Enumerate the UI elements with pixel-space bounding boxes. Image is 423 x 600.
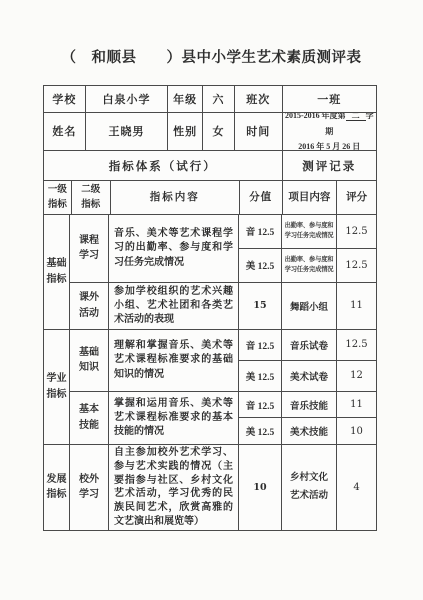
subgroup-course-learning: 课程学习 音乐、美术等艺术课程学习的出勤率、参与度和学习任务完成情况 音 12.… xyxy=(70,215,376,283)
level2-course: 课程学习 xyxy=(70,215,109,282)
project-music-exam: 音乐试卷 xyxy=(282,330,337,360)
col-project: 项目内容 xyxy=(283,181,338,214)
content-knowledge: 理解和掌握音乐、美术等艺术课程标准要求的基础知识的情况 xyxy=(109,330,239,391)
table-row: 音 12.5 音乐试卷 12.5 xyxy=(239,330,376,361)
term-number: 二 xyxy=(346,113,366,122)
col-points: 分值 xyxy=(240,181,283,214)
points-offcampus: 10 xyxy=(239,445,282,530)
table-row: 10 乡村文化艺术活动 4 xyxy=(239,445,376,530)
col-level1: 一级指标 xyxy=(44,181,72,214)
points-knowledge-music: 音 12.5 xyxy=(239,330,282,360)
score-course-music: 12.5 xyxy=(337,215,376,248)
column-header-row: 一级指标 二级指标 指标内容 分值 项目内容 评分 xyxy=(44,181,376,215)
table-row: 15 舞蹈小组 11 xyxy=(239,283,376,329)
project-rural-culture: 乡村文化艺术活动 xyxy=(282,445,337,530)
subgroup-basic-knowledge: 基础知识 理解和掌握音乐、美术等艺术课程标准要求的基础知识的情况 音 12.5 … xyxy=(70,330,376,392)
level2-skills: 基本技能 xyxy=(70,392,109,444)
level2-offcampus: 校外学习 xyxy=(70,445,109,530)
points-skills-art: 美 12.5 xyxy=(239,418,282,444)
time-label: 时间 xyxy=(235,113,283,150)
subgroup-offcampus-learning: 校外学习 自主参加校外艺术学习、参与艺术实践的情况（主要指参与社区、乡村文化艺术… xyxy=(70,445,376,530)
points-extracurricular: 15 xyxy=(239,283,282,329)
level2-extracurricular: 课外活动 xyxy=(70,283,109,329)
score-music-exam: 12.5 xyxy=(337,330,376,360)
score-music-skill: 11 xyxy=(337,392,376,418)
term-prefix: 2015-2016 年度第 xyxy=(285,113,346,121)
system-header: 指标体系（试行） xyxy=(44,151,283,181)
points-art: 美 12.5 xyxy=(239,249,282,282)
school-value: 白泉小学 xyxy=(86,86,169,112)
group-basic-indicators: 基础指标 课程学习 音乐、美术等艺术课程学习的出勤率、参与度和学习任务完成情况 … xyxy=(44,215,376,330)
points-music: 音 12.5 xyxy=(239,215,282,248)
table-row: 美 12.5 出勤率、参与度和学习任务完成情况 12.5 xyxy=(239,249,376,282)
content-extracurricular: 参加学校组织的艺术兴趣小组、艺术社团和各类艺术活动的表现 xyxy=(109,283,239,329)
level1-academic: 学业指标 xyxy=(44,330,70,444)
points-skills-music: 音 12.5 xyxy=(239,392,282,418)
name-label: 姓名 xyxy=(44,113,86,150)
project-art-exam: 美术试卷 xyxy=(282,361,337,391)
project-course-art: 出勤率、参与度和学习任务完成情况 xyxy=(282,249,337,282)
score-offcampus: 4 xyxy=(337,445,376,530)
info-row-name: 姓名 王晓男 性别 女 时间 2015-2016 年度第二学期 2016 年 5… xyxy=(44,113,376,151)
name-value: 王晓男 xyxy=(86,113,169,150)
content-offcampus: 自主参加校外艺术学习、参与艺术实践的情况（主要指参与社区、乡村文化艺术活动，学习… xyxy=(109,445,239,530)
time-value: 2015-2016 年度第二学期 2016 年 5 月 26 日 xyxy=(283,113,376,150)
level1-basic: 基础指标 xyxy=(44,215,70,329)
project-music-skill: 音乐技能 xyxy=(282,392,337,418)
score-art-skill: 10 xyxy=(337,418,376,444)
school-label: 学校 xyxy=(44,86,86,112)
project-dance-group: 舞蹈小组 xyxy=(282,283,337,329)
class-value: 一班 xyxy=(283,86,376,112)
col-content: 指标内容 xyxy=(111,181,240,214)
class-label: 班次 xyxy=(235,86,283,112)
document-page: （ 和顺县 ）县中小学生艺术素质测评表 学校 白泉小学 年级 六 班次 一班 姓… xyxy=(0,0,423,600)
content-course: 音乐、美术等艺术课程学习的出勤率、参与度和学习任务完成情况 xyxy=(109,215,239,282)
assessment-table: 学校 白泉小学 年级 六 班次 一班 姓名 王晓男 性别 女 时间 2015-2… xyxy=(43,85,377,531)
gender-value: 女 xyxy=(203,113,235,150)
score-course-art: 12.5 xyxy=(337,249,376,282)
col-level2: 二级指标 xyxy=(72,181,111,214)
table-row: 美 12.5 美术试卷 12 xyxy=(239,361,376,391)
term-line: 2015-2016 年度第二学期 xyxy=(283,113,376,139)
record-header: 测评记录 xyxy=(283,151,376,181)
score-extracurricular: 11 xyxy=(337,283,376,329)
table-row: 音 12.5 音乐技能 11 xyxy=(239,392,376,419)
level2-knowledge: 基础知识 xyxy=(70,330,109,391)
grade-label: 年级 xyxy=(168,86,203,112)
project-art-skill: 美术技能 xyxy=(282,418,337,444)
group-academic-indicators: 学业指标 基础知识 理解和掌握音乐、美术等艺术课程标准要求的基础知识的情况 音 … xyxy=(44,330,376,445)
score-art-exam: 12 xyxy=(337,361,376,391)
grade-value: 六 xyxy=(203,86,235,112)
subgroup-basic-skills: 基本技能 掌握和运用音乐、美术等艺术课程标准要求的基本技能的情况 音 12.5 … xyxy=(70,392,376,444)
section-header-row: 指标体系（试行） 测评记录 xyxy=(44,151,376,182)
subgroup-extracurricular: 课外活动 参加学校组织的艺术兴趣小组、艺术社团和各类艺术活动的表现 15 舞蹈小… xyxy=(70,283,376,329)
col-score: 评分 xyxy=(337,181,376,214)
info-row-school: 学校 白泉小学 年级 六 班次 一班 xyxy=(44,86,376,113)
group-development-indicators: 发展指标 校外学习 自主参加校外艺术学习、参与艺术实践的情况（主要指参与社区、乡… xyxy=(44,445,376,530)
table-row: 美 12.5 美术技能 10 xyxy=(239,418,376,444)
project-course-music: 出勤率、参与度和学习任务完成情况 xyxy=(282,215,337,248)
level1-development: 发展指标 xyxy=(44,445,70,530)
points-knowledge-art: 美 12.5 xyxy=(239,361,282,391)
gender-label: 性别 xyxy=(168,113,203,150)
table-row: 音 12.5 出勤率、参与度和学习任务完成情况 12.5 xyxy=(239,215,376,249)
content-skills: 掌握和运用音乐、美术等艺术课程标准要求的基本技能的情况 xyxy=(109,392,239,444)
date-line: 2016 年 5 月 26 日 xyxy=(298,139,360,150)
page-title: （ 和顺县 ）县中小学生艺术素质测评表 xyxy=(0,46,423,67)
